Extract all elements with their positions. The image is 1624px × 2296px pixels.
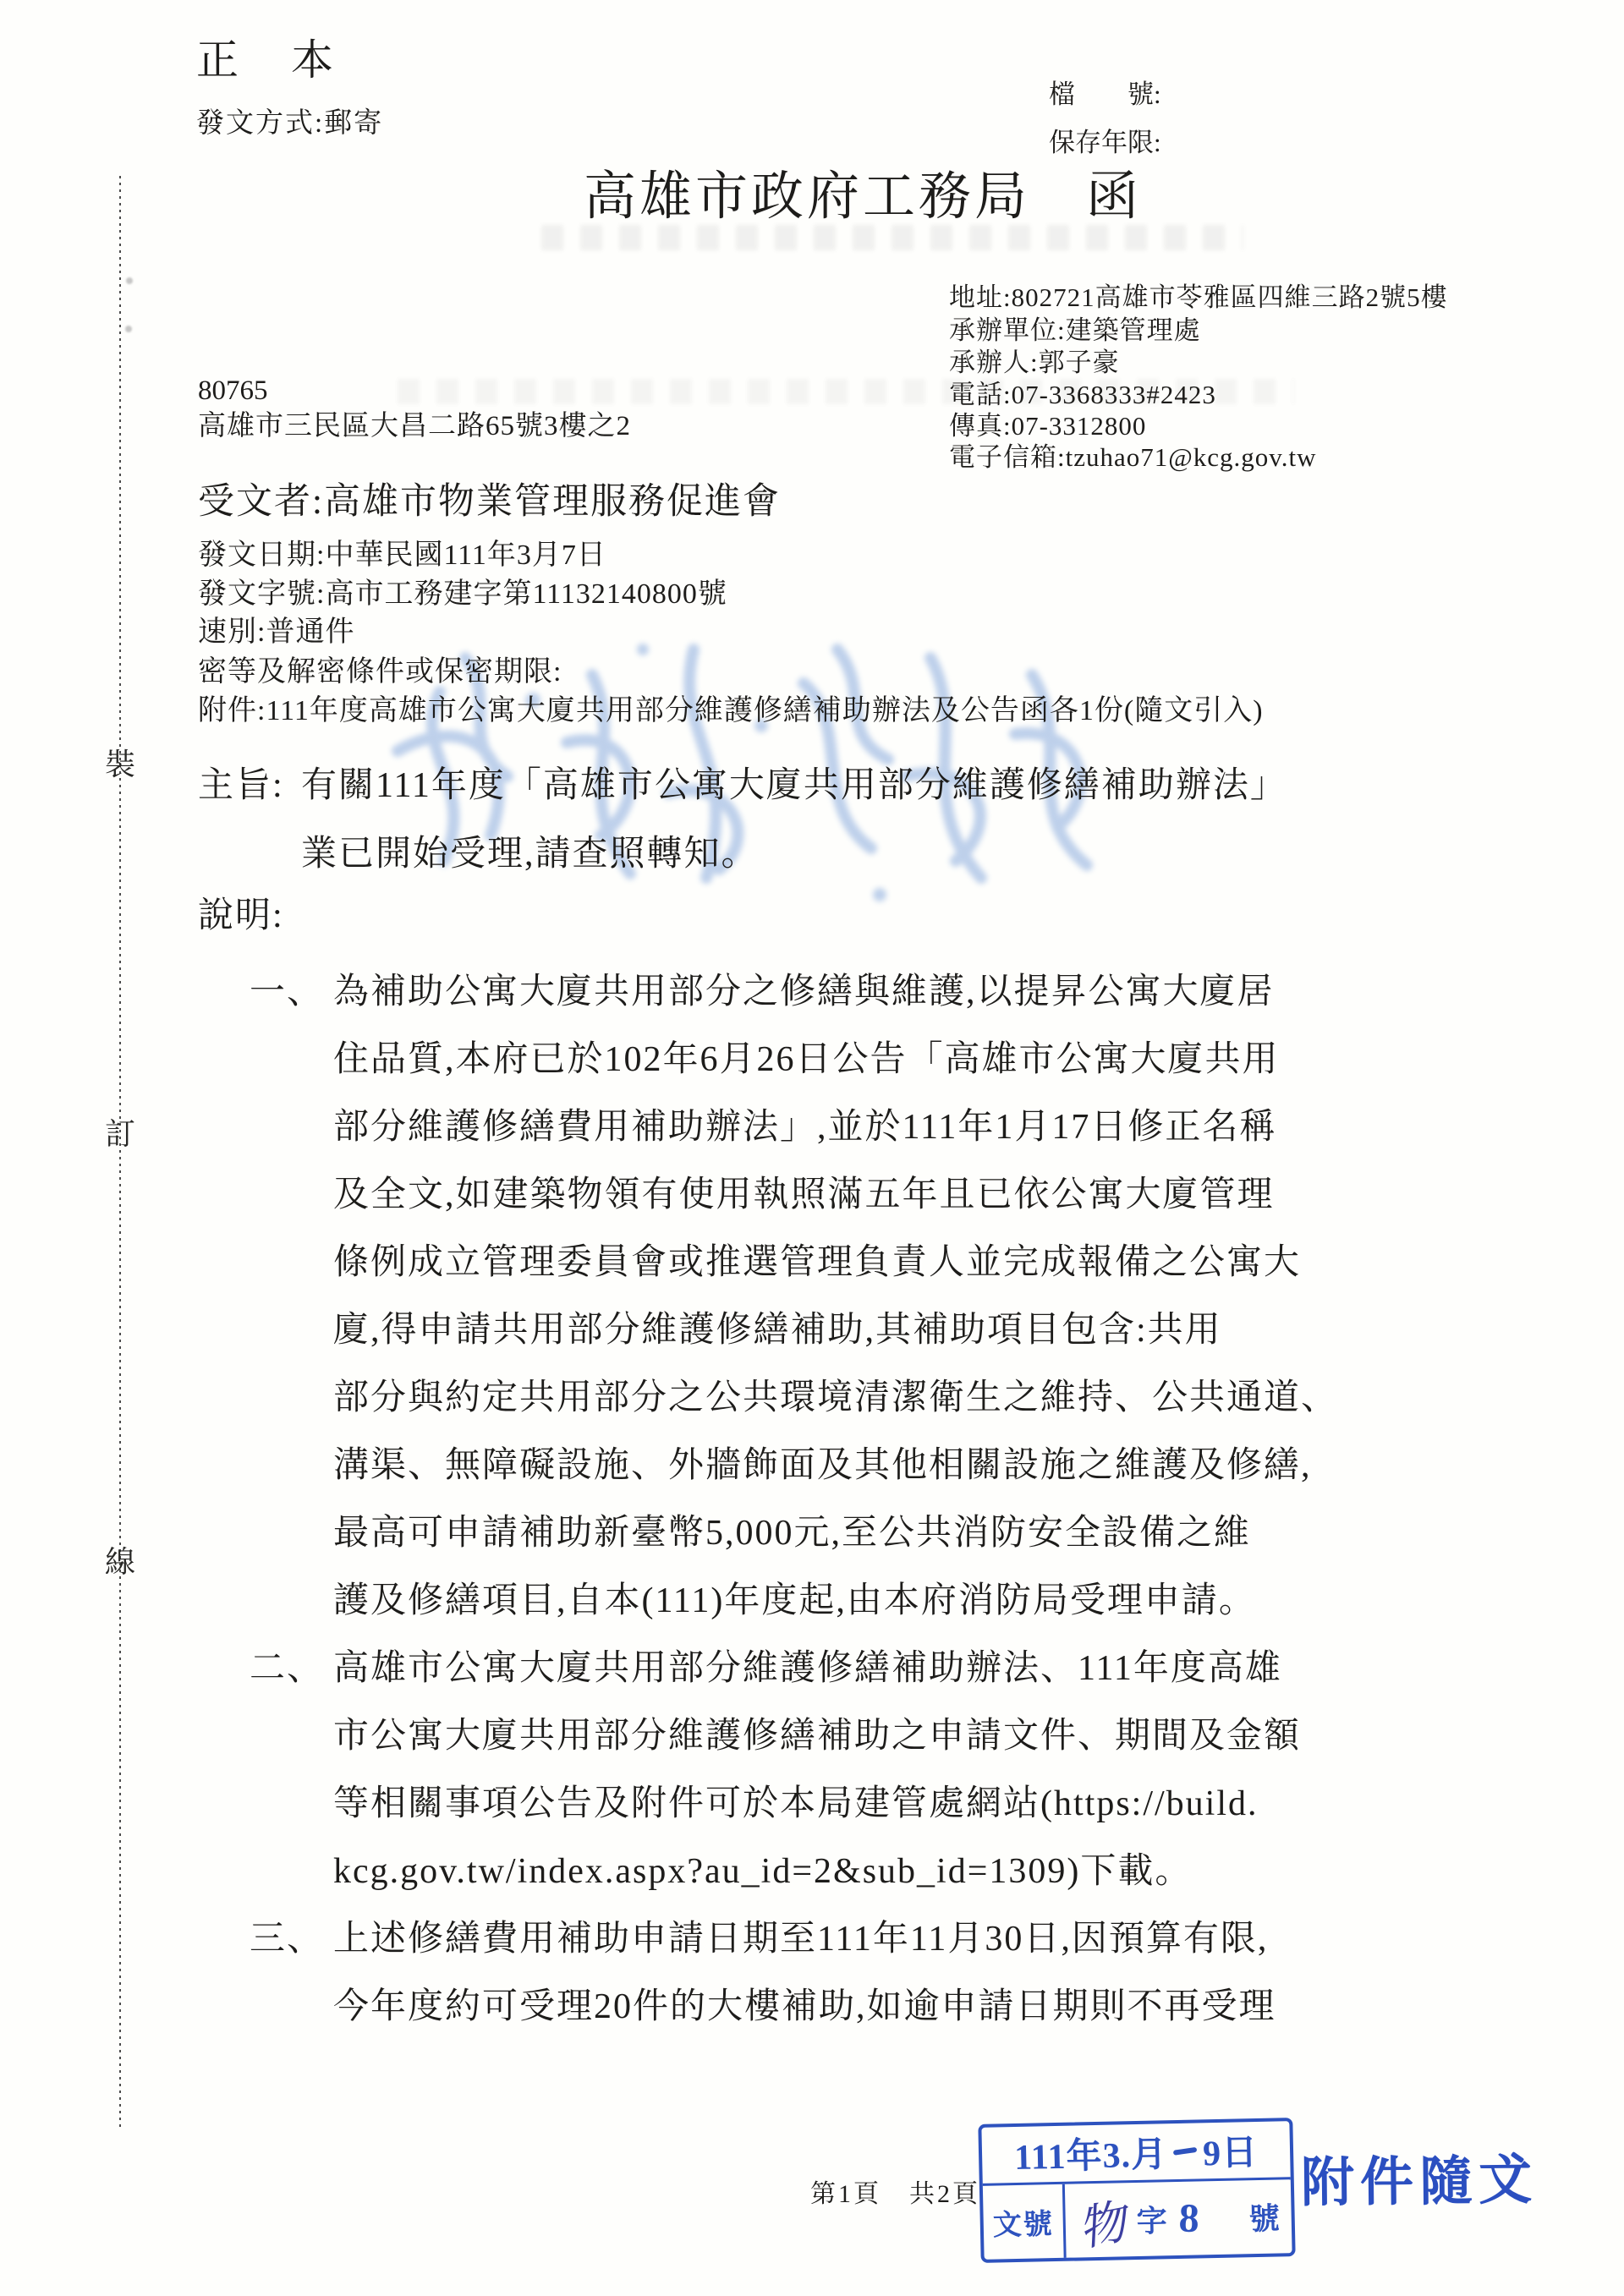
attachment-follows-stamp: 附件隨文: [1301, 2155, 1539, 2211]
stamp-date-left: 111年3.月: [1014, 2126, 1168, 2180]
delivery-method: 發文方式:郵寄: [196, 110, 383, 138]
retention-period-label: 保存年限:: [1049, 129, 1161, 156]
description-heading: 說明:: [198, 898, 284, 934]
recipient-zip: 80765: [198, 377, 268, 405]
subject-line: 業已開始受理,請查照轉知。: [301, 836, 759, 872]
item-1-marker: 一、: [250, 974, 324, 1010]
body-line: 等相關事項公告及附件可於本局建管處網站(https://build.: [333, 1786, 1259, 1822]
stamp-doc-no-label: 文號: [983, 2184, 1067, 2260]
binding-mark-ding: 訂: [105, 1119, 135, 1149]
recipient-name-line: 受文者:高雄市物業管理服務促進會: [198, 484, 781, 520]
page-number-info: 第1頁 共2頁: [810, 2182, 980, 2207]
priority-line: 速別:普通件: [198, 618, 354, 647]
scan-speck: [126, 277, 133, 284]
body-line: 今年度約可受理20件的大樓補助,如逾申請日期則不再受理: [333, 1989, 1276, 2025]
doc-number-line: 發文字號:高市工務建字第11132140800號: [198, 580, 727, 609]
item-2-marker: 二、: [250, 1651, 324, 1686]
stamp-number-suffix: 號: [1248, 2195, 1280, 2238]
stamp-handwritten-number: 8: [1178, 2195, 1200, 2242]
binding-fold-dotted-line: [119, 176, 121, 2131]
file-number-label: 檔 號:: [1049, 81, 1161, 107]
issue-date-line: 發文日期:中華民國111年3月7日: [198, 541, 606, 570]
body-line: 住品質,本府已於102年6月26日公告「高雄市公寓大廈共用: [333, 1042, 1280, 1077]
sender-unit: 承辦單位:建築管理處: [949, 317, 1201, 343]
body-line: 高雄市公寓大廈共用部分維護修繕補助辦法、111年度高雄: [333, 1651, 1282, 1686]
stamp-handwriting-stroke: [1173, 2147, 1198, 2156]
stamp-date-right: 9日: [1202, 2124, 1258, 2176]
recipient-street-address: 高雄市三民區大昌二路65號3樓之2: [198, 413, 631, 441]
body-line: kcg.gov.tw/index.aspx?au_id=2&sub_id=130…: [333, 1854, 1192, 1889]
scan-speck: [125, 326, 132, 332]
body-line: 上述修繕費用補助申請日期至111年11月30日,因預算有限,: [333, 1921, 1268, 1957]
stamp-doc-number-row: 文號 物 字 8 號: [983, 2179, 1292, 2260]
stamp-handwritten-series-char: 物: [1072, 2184, 1131, 2260]
sender-email: 電子信箱:tzuhao71@kcg.gov.tw: [949, 444, 1317, 470]
binding-mark-xian: 線: [105, 1547, 135, 1577]
item-3-marker: 三、: [250, 1921, 324, 1957]
body-line: 部分與約定共用部分之公共環境清潔衛生之維持、公共通道、: [333, 1380, 1338, 1416]
subject-line: 有關111年度「高雄市公寓大廈共用部分維護修繕補助辦法」: [301, 768, 1287, 803]
sender-fax: 傳真:07-3312800: [949, 413, 1146, 439]
security-line: 密等及解密條件或保密期限:: [198, 658, 562, 687]
body-line: 最高可申請補助新臺幣5,000元,至公共消防安全設備之維: [333, 1515, 1251, 1551]
document-title: 高雄市政府工務局 函: [584, 171, 1142, 223]
stamp-date-row: 111年3.月 9日: [981, 2121, 1290, 2186]
body-line: 部分維護修繕費用補助辦法」,並於111年1月17日修正名稱: [333, 1110, 1276, 1145]
scanned-official-letter-page: 裝 訂 線 正 本 發文方式:郵寄 檔 號: 保存年限: 高雄市政府工務局 函 …: [0, 0, 1624, 2296]
received-date-stamp: 111年3.月 9日 文號 物 字 8 號: [978, 2118, 1295, 2263]
subject-label: 主旨:: [198, 768, 284, 803]
body-line: 廈,得申請共用部分維護修繕補助,其補助項目包含:共用: [333, 1312, 1222, 1348]
body-line: 市公寓大廈共用部分維護修繕補助之申請文件、期間及金額: [333, 1718, 1301, 1754]
copy-type-label: 正 本: [196, 39, 338, 81]
stamp-series-suffix: 字: [1136, 2197, 1167, 2241]
attachment-line: 附件:111年度高雄市公寓大廈共用部分維護修繕補助辦法及公告函各1份(隨文引入): [198, 697, 1264, 726]
scan-ghost-band: [541, 225, 1243, 250]
stamp-doc-no-value: 物 字 8 號: [1065, 2179, 1292, 2258]
sender-phone: 電話:07-3368333#2423: [949, 381, 1216, 408]
sender-contact-person: 承辦人:郭子豪: [949, 349, 1120, 375]
body-line: 條例成立管理委員會或推選管理負責人並完成報備之公寓大: [333, 1245, 1301, 1280]
sender-address: 地址:802721高雄市苓雅區四維三路2號5樓: [949, 284, 1448, 310]
body-line: 為補助公寓大廈共用部分之修繕與維護,以提昇公寓大廈居: [333, 974, 1275, 1010]
body-line: 及全文,如建築物領有使用執照滿五年且已依公寓大廈管理: [333, 1177, 1275, 1213]
body-line: 溝渠、無障礙設施、外牆飾面及其他相關設施之維護及修繕,: [333, 1448, 1312, 1483]
binding-mark-zhuang: 裝: [105, 749, 135, 780]
body-line: 護及修繕項目,自本(111)年度起,由本府消防局受理申請。: [333, 1583, 1256, 1619]
